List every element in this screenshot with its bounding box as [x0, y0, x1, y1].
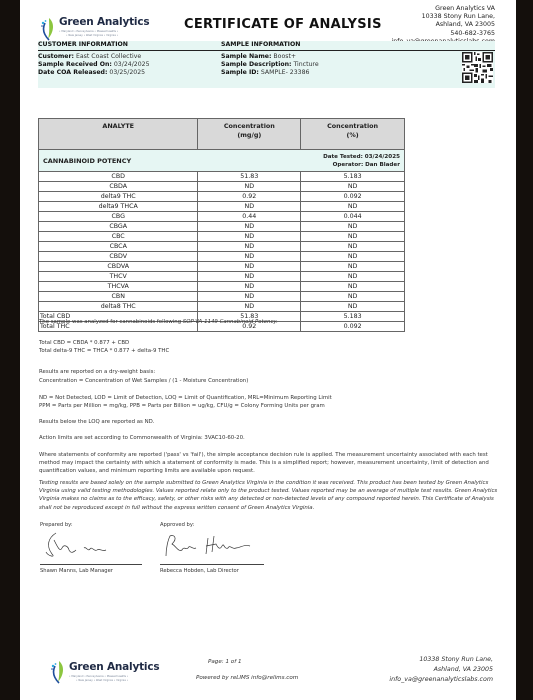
concentration-mg-g-cell: ND — [198, 292, 301, 302]
concentration-mg-g-cell: ND — [198, 282, 301, 292]
concentration-mg-g-cell: ND — [198, 302, 301, 312]
table-row: CBDANDND — [39, 182, 405, 192]
coa-page: Green Analytics • Maryland • Pennsylvani… — [20, 0, 516, 700]
table-row: delta8 THCNDND — [39, 302, 405, 312]
sample-id-field: Sample ID: SAMPLE- 23386 — [221, 69, 309, 76]
concentration-mg-g-cell: ND — [198, 252, 301, 262]
approved-by-signature — [160, 530, 270, 560]
table-row: delta9 THC0.920.092 — [39, 192, 405, 202]
footer-email[interactable]: info_va@greenanalyticslabs.com — [389, 675, 493, 685]
analyte-cell: THCVA — [39, 282, 198, 292]
logo-tagline: • Maryland • Pennsylvania • Massachusett… — [59, 30, 118, 33]
received-field: Sample Received On: 03/24/2025 — [38, 61, 150, 68]
analyte-cell: CBC — [39, 232, 198, 242]
abbreviations-1: ND = Not Detected, LOD = Limit of Detect… — [39, 394, 332, 402]
info-band: CUSTOMER INFORMATION SAMPLE INFORMATION … — [38, 41, 495, 88]
concentration-mg-g-cell: ND — [198, 202, 301, 212]
lab-phone: 540-682-3765 — [391, 30, 495, 38]
cannabinoid-potency-table: CANNABINOID POTENCY Date Tested: 03/24/2… — [38, 118, 405, 332]
signature-line — [160, 564, 264, 565]
powered-by[interactable]: Powered by reLIMS info@relims.com — [196, 675, 298, 681]
table-row: CBG0.440.044 — [39, 212, 405, 222]
concentration-percent-cell: ND — [301, 232, 405, 242]
table-row: delta9 THCANDND — [39, 202, 405, 212]
concentration-mg-g-cell: 51.83 — [198, 172, 301, 182]
footer-city: Ashland, VA 23005 — [389, 665, 493, 675]
concentration-percent-cell: ND — [301, 202, 405, 212]
approved-by-label: Approved by: — [160, 522, 194, 528]
table-row: CBNNDND — [39, 292, 405, 302]
conformity-note: Where statements of conformity are repor… — [39, 451, 501, 476]
concentration-percent-cell: ND — [301, 182, 405, 192]
analyte-cell: CBN — [39, 292, 198, 302]
prepared-by-label: Prepared by: — [40, 522, 73, 528]
prepared-by-name: Shawn Manns, Lab Manager — [40, 568, 113, 574]
analyte-cell: delta8 THC — [39, 302, 198, 312]
concentration-percent-cell: 0.044 — [301, 212, 405, 222]
concentration-percent-cell: ND — [301, 272, 405, 282]
logo-name: Green Analytics — [69, 661, 159, 673]
column-header-percent: Concentration(%) — [301, 119, 405, 150]
date-tested: Date Tested: 03/24/2025 — [301, 153, 400, 161]
total-percent-cell: 5.183 — [301, 312, 405, 322]
lab-city: Ashland, VA 23005 — [391, 21, 495, 29]
logo-tagline: • New Jersey • West Virginia • Virginia … — [76, 679, 128, 682]
table-row: CBDVANDND — [39, 262, 405, 272]
table-row: CBCANDND — [39, 242, 405, 252]
concentration-mg-g-cell: 0.92 — [198, 192, 301, 202]
concentration-mg-g-cell: ND — [198, 272, 301, 282]
table-row: CBCNDND — [39, 232, 405, 242]
analyte-cell: CBDVA — [39, 262, 198, 272]
formula-total-cbd: Total CBD = CBDA * 0.877 + CBD — [39, 339, 129, 347]
column-headers: ANALYTE Concentration(mg/g) Concentratio… — [39, 119, 405, 150]
prepared-by-signature — [42, 530, 152, 560]
analyte-cell: CBDV — [39, 252, 198, 262]
concentration-percent-cell: ND — [301, 252, 405, 262]
test-meta: Date Tested: 03/24/2025 Operator: Dan Bl… — [301, 150, 405, 172]
concentration-mg-g-cell: ND — [198, 232, 301, 242]
analyte-cell: CBG — [39, 212, 198, 222]
concentration-mg-g-cell: ND — [198, 242, 301, 252]
sample-description-field: Sample Description: Tincture — [221, 61, 319, 68]
concentration-mg-g-cell: 0.44 — [198, 212, 301, 222]
table-row: THCVANDND — [39, 282, 405, 292]
concentration-percent-cell: 5.183 — [301, 172, 405, 182]
total-percent-cell: 0.092 — [301, 322, 405, 332]
action-limits-note: Action limits are set according to Commo… — [39, 434, 245, 442]
concentration-percent-cell: ND — [301, 282, 405, 292]
page-number: Page: 1 of 1 — [208, 659, 242, 665]
section-title: CANNABINOID POTENCY — [39, 150, 301, 172]
concentration-percent-cell: ND — [301, 262, 405, 272]
footer-street: 10338 Stony Run Lane, — [389, 655, 493, 665]
lab-street: 10338 Stony Run Lane, — [391, 13, 495, 21]
column-header-mg-g: Concentration(mg/g) — [198, 119, 301, 150]
table-row: CBD51.835.183 — [39, 172, 405, 182]
dna-leaf-logo-icon — [40, 17, 56, 41]
analyte-cell: THCV — [39, 272, 198, 282]
analyte-cell: delta9 THCA — [39, 202, 198, 212]
dry-weight-note: Results are reported on a dry-weight bas… — [39, 368, 155, 376]
table-row: CBGANDND — [39, 222, 405, 232]
formula-total-thc: Total delta-9 THC = THCA * 0.877 + delta… — [39, 347, 169, 355]
analyte-cell: CBDA — [39, 182, 198, 192]
dry-weight-formula: Concentration = Concentration of Wet Sam… — [39, 377, 248, 385]
logo-tagline: • Maryland • Pennsylvania • Massachusett… — [69, 675, 128, 678]
concentration-percent-cell: ND — [301, 242, 405, 252]
abbreviations-2: PPM = Parts per Million = mg/kg, PPB = P… — [39, 402, 325, 410]
table-row: THCVNDND — [39, 272, 405, 282]
section-header: CANNABINOID POTENCY Date Tested: 03/24/2… — [39, 150, 405, 172]
loq-note: Results below the LOQ are reported as ND… — [39, 418, 154, 426]
sample-name-field: Sample Name: Boost+ — [221, 53, 296, 60]
signature-line — [40, 564, 142, 565]
customer-field: Customer: East Coast Collective — [38, 53, 141, 60]
analyte-cell: CBCA — [39, 242, 198, 252]
customer-info-heading: CUSTOMER INFORMATION — [38, 41, 128, 48]
released-field: Date COA Released: 03/25/2025 — [38, 69, 145, 76]
footer-address: 10338 Stony Run Lane, Ashland, VA 23005 … — [389, 655, 493, 685]
logo-name: Green Analytics — [59, 16, 149, 28]
disclaimer: Testing results are based solely on the … — [39, 479, 501, 512]
lab-address: Green Analytics VA 10338 Stony Run Lane,… — [391, 5, 495, 46]
company-logo: Green Analytics • Maryland • Pennsylvani… — [40, 15, 140, 43]
logo-tagline: • New Jersey • West Virginia • Virginia … — [66, 34, 118, 37]
approved-by-name: Rebecca Hobden, Lab Director — [160, 568, 239, 574]
concentration-percent-cell: ND — [301, 222, 405, 232]
concentration-mg-g-cell: ND — [198, 262, 301, 272]
method-note: The sample was analyzed for cannabinoids… — [39, 318, 278, 326]
concentration-mg-g-cell: ND — [198, 222, 301, 232]
qr-code-icon[interactable] — [462, 52, 493, 83]
concentration-mg-g-cell: ND — [198, 182, 301, 192]
concentration-percent-cell: 0.092 — [301, 192, 405, 202]
concentration-percent-cell: ND — [301, 292, 405, 302]
footer-logo: Green Analytics • Maryland • Pennsylvani… — [50, 658, 150, 686]
dna-leaf-logo-icon — [50, 660, 66, 684]
document-title: CERTIFICATE OF ANALYSIS — [184, 17, 382, 32]
concentration-percent-cell: ND — [301, 302, 405, 312]
column-header-analyte: ANALYTE — [39, 119, 198, 150]
sample-info-heading: SAMPLE INFORMATION — [221, 41, 300, 48]
analyte-cell: CBGA — [39, 222, 198, 232]
operator: Operator: Dan Blader — [301, 161, 400, 169]
analyte-cell: CBD — [39, 172, 198, 182]
divider — [38, 50, 495, 51]
analyte-cell: delta9 THC — [39, 192, 198, 202]
lab-name: Green Analytics VA — [391, 5, 495, 13]
table-row: CBDVNDND — [39, 252, 405, 262]
